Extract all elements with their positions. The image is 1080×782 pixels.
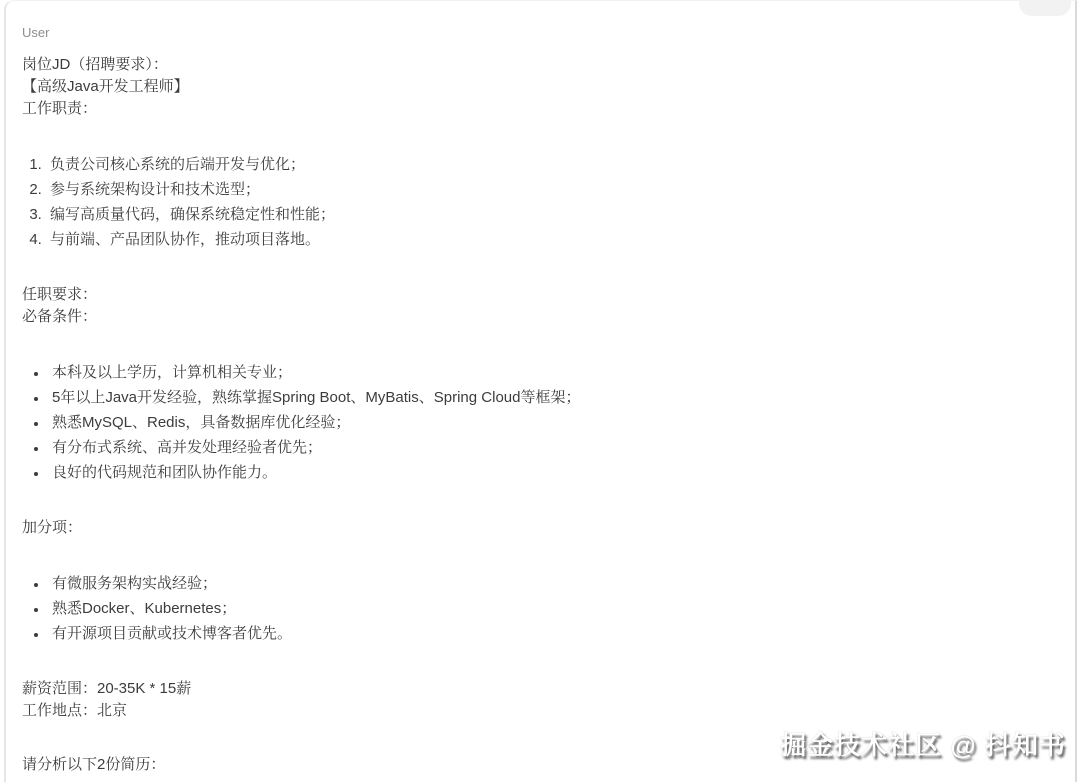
bonus-items-list: 有微服务架构实战经验； 熟悉Docker、Kubernetes； 有开源项目贡献… bbox=[22, 571, 1051, 646]
bonus-item: 熟悉Docker、Kubernetes； bbox=[48, 596, 1051, 621]
jd-position-line: 【高级Java开发工程师】 bbox=[22, 76, 1051, 98]
responsibility-item: 编写高质量代码，确保系统稳定性和性能； bbox=[46, 202, 1051, 227]
chat-role-label: User bbox=[22, 25, 1051, 40]
required-item: 有分布式系统、高并发处理经验者优先； bbox=[48, 435, 1051, 460]
bonus-item: 有微服务架构实战经验； bbox=[48, 571, 1051, 596]
requirements-heading-paragraph: 任职要求： 必备条件： bbox=[22, 284, 1051, 328]
jd-duties-heading: 工作职责： bbox=[22, 98, 1051, 120]
required-item: 5年以上Java开发经验，熟练掌握Spring Boot、MyBatis、Spr… bbox=[48, 385, 1051, 410]
watermark: 掘金技术社区 @ 抖知书 bbox=[780, 725, 1066, 762]
responsibilities-list: 负责公司核心系统的后端开发与优化； 参与系统架构设计和技术选型； 编写高质量代码… bbox=[22, 152, 1051, 252]
bonus-item: 有开源项目贡献或技术博客者优先。 bbox=[48, 621, 1051, 646]
user-message-content: User 岗位JD（招聘要求）： 【高级Java开发工程师】 工作职责： 负责公… bbox=[6, 1, 1075, 776]
responsibility-item: 负责公司核心系统的后端开发与优化； bbox=[46, 152, 1051, 177]
jd-intro-paragraph: 岗位JD（招聘要求）： 【高级Java开发工程师】 工作职责： bbox=[22, 54, 1051, 120]
responsibility-item: 与前端、产品团队协作，推动项目落地。 bbox=[46, 227, 1051, 252]
required-item: 本科及以上学历，计算机相关专业； bbox=[48, 360, 1051, 385]
salary-location-paragraph: 薪资范围：20-35K * 15薪 工作地点：北京 bbox=[22, 678, 1051, 722]
requirements-heading: 任职要求： bbox=[22, 284, 1051, 306]
chat-message-panel: User 岗位JD（招聘要求）： 【高级Java开发工程师】 工作职责： 负责公… bbox=[4, 0, 1077, 782]
jd-title-line: 岗位JD（招聘要求）： bbox=[22, 54, 1051, 76]
responsibility-item: 参与系统架构设计和技术选型； bbox=[46, 177, 1051, 202]
location-line: 工作地点：北京 bbox=[22, 700, 1051, 722]
required-qualifications-list: 本科及以上学历，计算机相关专业； 5年以上Java开发经验，熟练掌握Spring… bbox=[22, 360, 1051, 485]
bonus-heading: 加分项： bbox=[22, 517, 1051, 539]
salary-line: 薪资范围：20-35K * 15薪 bbox=[22, 678, 1051, 700]
required-item: 熟悉MySQL、Redis，具备数据库优化经验； bbox=[48, 410, 1051, 435]
must-have-heading: 必备条件： bbox=[22, 306, 1051, 328]
required-item: 良好的代码规范和团队协作能力。 bbox=[48, 460, 1051, 485]
